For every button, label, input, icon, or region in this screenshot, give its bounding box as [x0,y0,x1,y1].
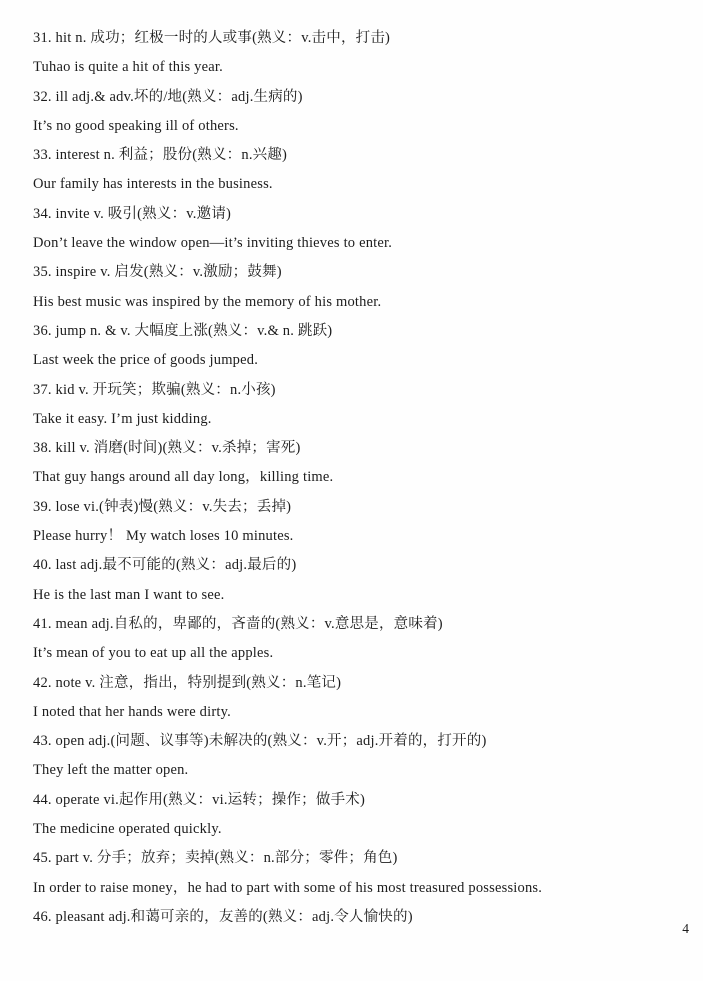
entry-definition: 39. lose vi.(钟表)慢(熟义：v.失去；丢掉) [33,493,673,522]
entry-example: Take it easy. I’m just kidding. [33,405,673,434]
entry-definition: 35. inspire v. 启发(熟义：v.激励；鼓舞) [33,258,673,287]
entry-definition: 34. invite v. 吸引(熟义：v.邀请) [33,200,673,229]
entry-example: Please hurry！ My watch loses 10 minutes. [33,522,673,551]
entry-definition: 46. pleasant adj.和蔼可亲的，友善的(熟义：adj.令人愉快的) [33,903,673,932]
entry-definition: 36. jump n. & v. 大幅度上涨(熟义：v.& n. 跳跃) [33,317,673,346]
entry-definition: 43. open adj.(问题、议事等)未解决的(熟义：v.开；adj.开着的… [33,727,673,756]
entry-example: In order to raise money，he had to part w… [33,874,673,903]
entry-example: Don’t leave the window open—it’s invitin… [33,229,673,258]
entry-example: He is the last man I want to see. [33,581,673,610]
entry-definition: 32. ill adj.& adv.坏的/地(熟义：adj.生病的) [33,83,673,112]
entry-example: They left the matter open. [33,756,673,785]
entry-example: Last week the price of goods jumped. [33,346,673,375]
entry-example: I noted that her hands were dirty. [33,698,673,727]
page-number: 4 [682,921,689,937]
entry-example: The medicine operated quickly. [33,815,673,844]
entry-definition: 42. note v. 注意，指出，特别提到(熟义：n.笔记) [33,669,673,698]
entry-definition: 45. part v. 分手；放弃；卖掉(熟义：n.部分；零件；角色) [33,844,673,873]
entry-definition: 41. mean adj.自私的，卑鄙的，吝啬的(熟义：v.意思是，意味着) [33,610,673,639]
entry-definition: 33. interest n. 利益；股份(熟义：n.兴趣) [33,141,673,170]
document-page: 31. hit n. 成功；红极一时的人或事(熟义：v.击中，打击) Tuhao… [0,0,703,981]
entry-example: Tuhao is quite a hit of this year. [33,53,673,82]
entry-example: Our family has interests in the business… [33,170,673,199]
entry-definition: 38. kill v. 消磨(时间)(熟义：v.杀掉；害死) [33,434,673,463]
entry-definition: 44. operate vi.起作用(熟义：vi.运转；操作；做手术) [33,786,673,815]
entry-example: It’s no good speaking ill of others. [33,112,673,141]
entry-example: His best music was inspired by the memor… [33,288,673,317]
entry-definition: 31. hit n. 成功；红极一时的人或事(熟义：v.击中，打击) [33,24,673,53]
entry-example: It’s mean of you to eat up all the apple… [33,639,673,668]
entry-example: That guy hangs around all day long，killi… [33,463,673,492]
entry-definition: 40. last adj.最不可能的(熟义：adj.最后的) [33,551,673,580]
entry-definition: 37. kid v. 开玩笑；欺骗(熟义：n.小孩) [33,376,673,405]
